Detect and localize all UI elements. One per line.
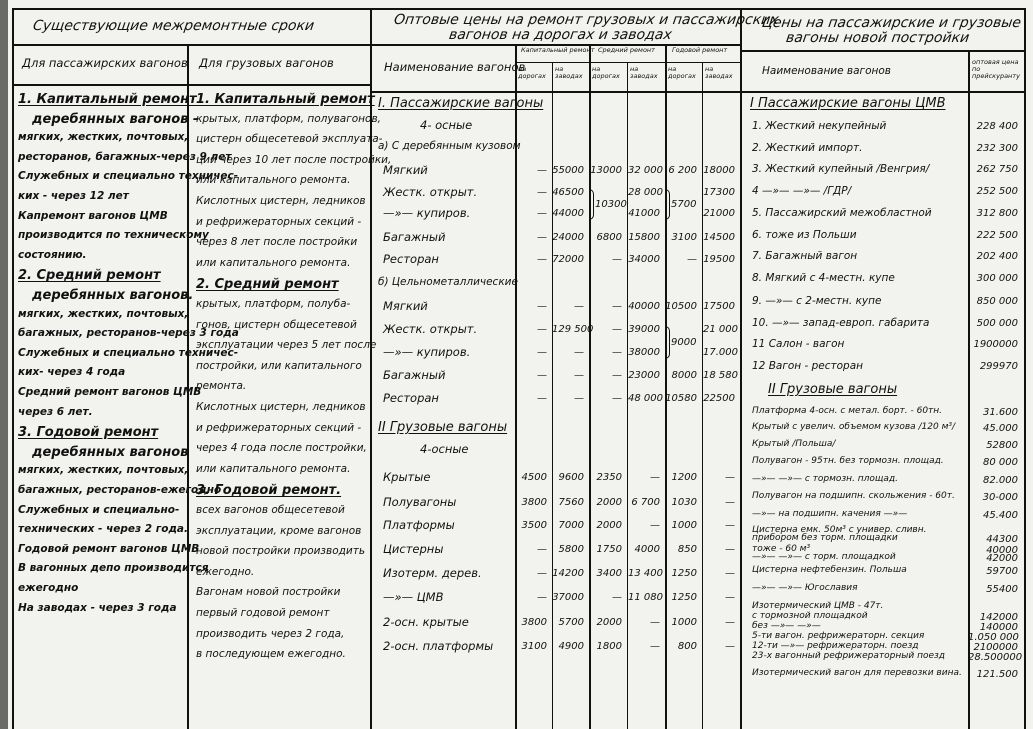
interval-line: или капитального ремонта.: [196, 464, 350, 475]
new-wagon-price: 52800: [968, 441, 1018, 451]
wagon-name: Платформы: [383, 520, 455, 532]
interval-line: ежегодно.: [196, 567, 254, 578]
interval-line: багажных, ресторанов-ежегодно: [18, 485, 221, 496]
group-capital: Капитальный ремонт: [521, 47, 595, 54]
price-cell: 14200: [552, 569, 584, 579]
interval-line: 2. Средний ремонт: [196, 278, 339, 291]
new-wagon-name: —»— —»— с торм. площадкой: [752, 553, 896, 562]
price-cell: 1200: [665, 473, 697, 483]
price-cell: 39000: [628, 325, 660, 335]
wagon-name: Мягкий: [383, 165, 428, 177]
wagon-name: Жестк. открыт.: [383, 187, 477, 199]
new-wagon-price: 55400: [968, 585, 1018, 595]
price-cell: —: [703, 642, 735, 652]
wagon-name: Цистерны: [383, 544, 443, 556]
price-cell: 10580: [665, 394, 697, 404]
price-cell: —: [703, 521, 735, 531]
interval-line: через 8 лет после постройки: [196, 237, 357, 248]
new-wagon-name: без —»— —»—: [752, 622, 821, 631]
price-cell: 15800: [628, 233, 660, 243]
interval-line: эксплуатации, кроме вагонов: [196, 526, 361, 537]
bracket-icon: [665, 189, 670, 220]
new-wagon-price: 30-000: [968, 493, 1018, 503]
price-cell: —: [703, 473, 735, 483]
section3-title-line: [740, 50, 1026, 52]
price-cell: 1750: [590, 545, 622, 555]
interval-line: первый годовой ремонт: [196, 608, 329, 619]
section3-title-line1: Цены на пассажирские и грузовые: [761, 16, 1022, 30]
new-wagon-name: Изотермический вагон для перевозки вина.: [752, 669, 962, 678]
wagon-name: Ресторан: [383, 254, 439, 266]
interval-line: постройки, или капитального: [196, 361, 362, 372]
new-wagon-name: 5-ти вагон. рефрижераторн. секция: [752, 632, 924, 641]
new-wagon-price: 44300: [968, 535, 1018, 545]
interval-line: и рефрижераторных секций -: [196, 423, 361, 434]
price-cell: —: [515, 593, 547, 603]
price-cell: 18000: [703, 166, 735, 176]
price-cell: —: [628, 521, 660, 531]
new-wagon-name: I Пассажирские вагоны ЦМВ: [750, 97, 946, 110]
section3-header-line: [740, 91, 1026, 93]
price-cell: 17.000: [703, 348, 735, 358]
new-wagon-price: 45.000: [968, 424, 1018, 434]
price-cell: —: [552, 394, 584, 404]
new-wagon-price: 850 000: [968, 297, 1018, 307]
new-wagon-price: 202 400: [968, 252, 1018, 262]
price-cell: 5800: [552, 545, 584, 555]
price-cell: —: [590, 302, 622, 312]
price-cell: 7560: [552, 498, 584, 508]
divider-section2-3: [740, 8, 742, 729]
scanned-document-page: Существующие межремонтные сроки Для пасс…: [0, 0, 1033, 729]
interval-line: мягких, жестких, почтовых,: [18, 132, 188, 143]
interval-line: 3. Годовой ремонт.: [196, 484, 341, 497]
new-wagon-name: прибором без торм. площадки: [752, 534, 898, 543]
price-cell: 17500: [703, 302, 735, 312]
price-cell: —: [590, 325, 622, 335]
new-wagon-name: 9. —»— с 2-местн. купе: [752, 296, 881, 307]
price-cell: 1000: [665, 618, 697, 628]
price-cell: 2350: [590, 473, 622, 483]
interval-line: мягких, жестких, почтовых,: [18, 309, 188, 320]
new-wagon-price: 121.500: [968, 670, 1018, 680]
interval-line: Кислотных цистерн, ледников: [196, 196, 366, 207]
wagon-name: Ресторан: [383, 393, 439, 405]
price-cell: 1000: [665, 521, 697, 531]
new-wagon-name: II Грузовые вагоны: [768, 383, 897, 396]
new-wagon-name: 3. Жесткий купейный /Венгрия/: [752, 164, 929, 175]
interval-line: новой постройки производить: [196, 546, 365, 557]
price-cell: —: [590, 348, 622, 358]
section3-name-header: Наименование вагонов: [762, 66, 891, 77]
interval-line: Вагонам новой постройки: [196, 587, 340, 598]
price-cell: 4500: [515, 473, 547, 483]
new-wagon-price: 42000: [968, 554, 1018, 564]
interval-line: цистерн общесетевой эксплуата-: [196, 134, 382, 145]
price-cell: 1030: [665, 498, 697, 508]
price-cell: 23000: [628, 371, 660, 381]
interval-line: 3. Годовой ремонт: [18, 426, 158, 439]
shared-price-cell: 9000: [671, 338, 696, 348]
price-cell: 1250: [665, 593, 697, 603]
new-wagon-name: с тормозной площадкой: [752, 612, 868, 621]
new-wagon-name: 6. тоже из Польши: [752, 230, 857, 241]
price-cell: —: [552, 302, 584, 312]
new-wagon-name: Полувагон - 95тн. без тормозн. площад.: [752, 457, 944, 466]
wagon-name: Жестк. открыт.: [383, 324, 477, 336]
passenger-col-header: Для пассажирских вагонов: [22, 58, 188, 70]
price-cell: —: [665, 255, 697, 265]
price-cell: 1250: [665, 569, 697, 579]
section2-title-line1: Оптовые цены на ремонт грузовых и пассаж…: [393, 13, 780, 27]
interval-line: ких- через 4 года: [18, 367, 125, 378]
new-wagon-price: 82.000: [968, 476, 1018, 486]
price-cell: 800: [665, 642, 697, 652]
price-cell: 2000: [590, 618, 622, 628]
price-cell: 21000: [703, 209, 735, 219]
interval-line: в последующем ежегодно.: [196, 649, 346, 660]
price-cell: 1800: [590, 642, 622, 652]
new-wagon-price: 222 500: [968, 231, 1018, 241]
interval-line: технических - через 2 года.: [18, 524, 188, 535]
price-cell: 850: [665, 545, 697, 555]
group-annual: Годовой ремонт: [672, 47, 727, 54]
price-cell: —: [515, 545, 547, 555]
new-wagon-name: —»— —»— Югославия: [752, 584, 858, 593]
price-cell: —: [515, 371, 547, 381]
price-cell: —: [515, 302, 547, 312]
bracket-icon: [589, 189, 594, 220]
price-cell: 3100: [665, 233, 697, 243]
new-wagon-price: 299970: [968, 362, 1018, 372]
price-cell: 18 580: [703, 371, 735, 381]
price-cell: 2000: [590, 521, 622, 531]
price-cell: —: [703, 569, 735, 579]
section2-title-line2: вагонов на дорогах и заводах: [448, 28, 673, 42]
wagon-name: а) С деребянным кузовом: [378, 141, 521, 152]
new-wagon-price: 45.400: [968, 511, 1018, 521]
price-cell: 24000: [552, 233, 584, 243]
price-cell: —: [590, 593, 622, 603]
price-cell: 38000: [628, 348, 660, 358]
price-cell: —: [515, 166, 547, 176]
new-wagon-price: 500 000: [968, 319, 1018, 329]
wagon-name: Полувагоны: [383, 497, 456, 509]
new-wagon-name: 5. Пассажирский межобластной: [752, 208, 932, 219]
price-cell: 7000: [552, 521, 584, 531]
price-cell: —: [552, 348, 584, 358]
new-wagon-name: Цистерна нефтебензин. Польша: [752, 566, 907, 575]
price-cell: 48 000: [628, 394, 660, 404]
interval-line: Средний ремонт вагонов ЦМВ: [18, 387, 201, 398]
price-cell: —: [703, 618, 735, 628]
new-wagon-price: 1900000: [968, 340, 1018, 350]
new-wagon-price: 262 750: [968, 165, 1018, 175]
price-cell: —: [515, 569, 547, 579]
section2-header-line: [370, 91, 740, 93]
interval-line: 2. Средний ремонт: [18, 269, 161, 282]
interval-line: мягких, жестких, почтовых,: [18, 465, 188, 476]
wagon-name: —»— ЦМВ: [383, 592, 444, 604]
wagon-name: 4- осные: [420, 120, 472, 132]
sub-med-plants: на заводах: [630, 66, 662, 80]
price-cell: —: [515, 325, 547, 335]
price-cell: 13000: [590, 166, 622, 176]
new-wagon-name: 10. —»— запад-европ. габарита: [752, 318, 929, 329]
wagon-name: 2-осн. платформы: [383, 641, 493, 653]
price-cell: 14500: [703, 233, 735, 243]
price-cell: —: [628, 618, 660, 628]
price-cell: 40000: [628, 302, 660, 312]
price-cell: 10500: [665, 302, 697, 312]
price-cell: 21 000: [703, 325, 735, 335]
wagon-name: б) Цельнометаллические: [378, 277, 518, 288]
new-wagon-price: 232 300: [968, 144, 1018, 154]
shared-price-cell: 10300: [595, 200, 627, 210]
sub-ann-plants: на заводах: [705, 66, 737, 80]
new-wagon-price: 80 000: [968, 458, 1018, 468]
interval-line: ции через 10 лет после постройки,: [196, 155, 391, 166]
price-cell: —: [515, 188, 547, 198]
new-wagon-name: —»— на подшипн. качения —»—: [752, 510, 907, 519]
bracket-icon: [665, 326, 670, 359]
wagon-name: Багажный: [383, 232, 445, 244]
price-cell: 32 000: [628, 166, 660, 176]
price-cell: —: [515, 394, 547, 404]
interval-line: Капремонт вагонов ЦМВ: [18, 211, 168, 222]
new-wagon-name: 12 Вагон - ресторан: [752, 361, 863, 372]
wagon-name: Крытые: [383, 472, 430, 484]
new-wagon-price: 59700: [968, 567, 1018, 577]
interval-line: производить через 2 года,: [196, 629, 344, 640]
price-cell: —: [515, 233, 547, 243]
freight-col-header: Для грузовых вагонов: [199, 58, 334, 70]
interval-line: деребянных вагонов.: [32, 289, 193, 302]
price-cell: 3500: [515, 521, 547, 531]
price-cell: 9600: [552, 473, 584, 483]
section1-title: Существующие межремонтные сроки: [32, 19, 315, 33]
price-cell: —: [515, 255, 547, 265]
group-medium: Средний ремонт: [598, 47, 655, 54]
interval-line: Служебных и специально-: [18, 505, 179, 516]
interval-line: и рефрижераторных секций -: [196, 217, 361, 228]
interval-line: состоянию.: [18, 250, 87, 261]
price-cell: 3800: [515, 618, 547, 628]
section1-header-line: [12, 84, 370, 86]
price-cell: 6 700: [628, 498, 660, 508]
price-cell: 19500: [703, 255, 735, 265]
section2-name-header: Наименование вагонов: [384, 62, 525, 74]
price-cell: 6800: [590, 233, 622, 243]
price-cell: —: [590, 255, 622, 265]
new-wagon-name: 8. Мягкий с 4-местн. купе: [752, 273, 895, 284]
wagon-name: I. Пассажирские вагоны: [378, 97, 543, 110]
interval-line: через 6 лет.: [18, 407, 93, 418]
price-cell: 22500: [703, 394, 735, 404]
section3-price-header: оптовая цена по прейскуранту: [972, 59, 1024, 79]
interval-line: деребянных вагонов -: [32, 113, 198, 126]
price-cell: 4900: [552, 642, 584, 652]
price-cell: 11 080: [628, 593, 660, 603]
sub-ann-roads: на дорогах: [668, 66, 700, 80]
price-cell: 72000: [552, 255, 584, 265]
new-wagon-name: 23-х вагонный рефрижераторный поезд: [752, 652, 945, 661]
new-wagon-price: 31.600: [968, 408, 1018, 418]
interval-line: ких - через 12 лет: [18, 191, 129, 202]
new-wagon-name: Изотермический ЦМВ - 47т.: [752, 602, 883, 611]
new-wagon-name: Крытый /Польша/: [752, 440, 835, 449]
section1-title-line: [12, 44, 370, 46]
price-cell: —: [703, 593, 735, 603]
price-cell: 37000: [552, 593, 584, 603]
interval-line: эксплуатации через 5 лет после: [196, 340, 376, 351]
interval-line: В вагонных депо производится: [18, 563, 208, 574]
new-wagon-name: Платформа 4-осн. с метал. борт. - 60тн.: [752, 407, 942, 416]
price-cell: 3100: [515, 642, 547, 652]
wagon-name: 4-осные: [420, 444, 469, 456]
price-cell: 3800: [515, 498, 547, 508]
new-wagon-name: 12-ти —»— рефрижераторн. поезд: [752, 642, 918, 651]
price-cell: 46500: [552, 188, 584, 198]
interval-line: ремонта.: [196, 381, 246, 392]
new-wagon-price: 312 800: [968, 209, 1018, 219]
new-wagon-price: 300 000: [968, 274, 1018, 284]
interval-line: 1. Капитальный ремонт: [196, 93, 375, 106]
interval-line: На заводах - через 3 года: [18, 603, 177, 614]
price-cell: —: [552, 371, 584, 381]
scan-edge: [0, 0, 8, 729]
new-wagon-price: 28.500000: [968, 653, 1018, 663]
interval-line: производится по техническому: [18, 230, 209, 241]
sub-med-roads: на дорогах: [592, 66, 624, 80]
price-cell: 28 000: [628, 188, 660, 198]
interval-line: или капитального ремонта.: [196, 175, 350, 186]
price-cell: 6 200: [665, 166, 697, 176]
new-wagon-name: —»— —»— с тормозн. площад.: [752, 475, 898, 484]
interval-line: 1. Капитальный ремонт: [18, 93, 197, 106]
wagon-name: II Грузовые вагоны: [378, 421, 507, 434]
new-wagon-name: 1. Жесткий некупейный: [752, 121, 886, 132]
price-cell: 17300: [703, 188, 735, 198]
price-cell: 8000: [665, 371, 697, 381]
price-cell: —: [628, 473, 660, 483]
wagon-name: Изотерм. дерев.: [383, 568, 482, 580]
interval-line: всех вагонов общесетевой: [196, 505, 345, 516]
new-wagon-name: 2. Жесткий импорт.: [752, 143, 863, 154]
new-wagon-name: Крытый с увелич. объемом кузова /120 м³/: [752, 423, 955, 432]
interval-line: деребянных вагонов: [32, 446, 188, 459]
interval-line: Кислотных цистерн, ледников: [196, 402, 366, 413]
shared-price-cell: 5700: [671, 200, 696, 210]
wagon-name: 2-осн. крытые: [383, 617, 469, 629]
section3-title-line2: вагоны новой постройки: [785, 31, 970, 45]
wagon-name: Багажный: [383, 370, 445, 382]
interval-line: гонов, цистерн общесетевой: [196, 320, 357, 331]
price-cell: 3400: [590, 569, 622, 579]
price-cell: —: [703, 498, 735, 508]
new-wagon-name: 4 —»— —»— /ГДР/: [752, 186, 851, 197]
interval-line: или капитального ремонта.: [196, 258, 350, 269]
new-wagon-price: 228 400: [968, 122, 1018, 132]
price-cell: —: [590, 394, 622, 404]
price-cell: 44000: [552, 209, 584, 219]
price-cell: 4000: [628, 545, 660, 555]
interval-line: крытых, платформ, полуба-: [196, 299, 350, 310]
price-cell: —: [515, 209, 547, 219]
price-cell: 41000: [628, 209, 660, 219]
price-cell: —: [628, 642, 660, 652]
price-cell: 55000: [552, 166, 584, 176]
wagon-name: —»— купиров.: [383, 347, 470, 359]
price-cell: 5700: [552, 618, 584, 628]
interval-line: ежегодно: [18, 583, 78, 594]
wagon-name: —»— купиров.: [383, 208, 470, 220]
sub-cap-roads: на дорогах: [518, 66, 550, 80]
interval-line: через 4 года после постройки,: [196, 443, 367, 454]
price-cell: 2000: [590, 498, 622, 508]
price-cell: —: [515, 348, 547, 358]
price-cell: 13 400: [628, 569, 660, 579]
new-wagon-name: 7. Багажный вагон: [752, 251, 857, 262]
new-wagon-name: Полувагон на подшипн. скольжения - 60т.: [752, 492, 955, 501]
interval-line: Годовой ремонт вагонов ЦМВ: [18, 544, 199, 555]
interval-line: крытых, платформ, полувагонов,: [196, 114, 381, 125]
sub-cap-plants: на заводах: [555, 66, 587, 80]
new-wagon-name: 11 Салон - вагон: [752, 339, 844, 350]
new-wagon-price: 252 500: [968, 187, 1018, 197]
wagon-name: Мягкий: [383, 301, 428, 313]
price-cell: —: [590, 371, 622, 381]
price-cell: —: [703, 545, 735, 555]
price-cell: 34000: [628, 255, 660, 265]
price-cell: 129 500: [552, 325, 584, 335]
